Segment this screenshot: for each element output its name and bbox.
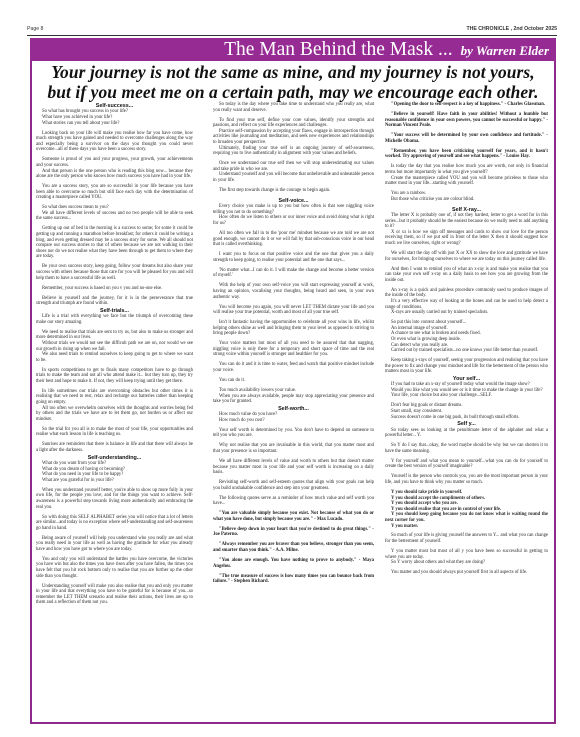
paragraph: We will start the day off with just X or… (385, 251, 548, 262)
article-banner: The Man Behind the Mask ... by Warren El… (30, 38, 556, 61)
paragraph: We need to realise that trials are sent … (36, 330, 193, 341)
article-body: Self-success... So what has brought you … (36, 102, 550, 720)
paragraph: Keep taking x-rays of yourself, seeing y… (385, 358, 548, 375)
article-subtitle: Your journey is not the same as mine, an… (34, 62, 552, 102)
paragraph: I want you to focus on that positive voi… (213, 252, 374, 263)
paragraph: Y you matter most but most of all y you … (385, 549, 548, 560)
paragraph: Being aware of yourself will help you un… (36, 536, 193, 553)
paragraph: So much of your life is giving yourself … (385, 533, 548, 544)
paragraph: 'No matter what...I can do it. I will ma… (213, 268, 374, 279)
subtitle-line-2: but if you meet me on a certain path, ma… (34, 82, 552, 102)
paragraph: X-rays are usually carried out by traine… (385, 310, 548, 316)
column-title: The Man Behind the Mask ... (224, 39, 453, 60)
paragraph: To find your true self, define your core… (213, 118, 374, 129)
paragraph: The following quotes serve as a reminder… (213, 496, 374, 507)
paragraph: All too often we overwhelm ourselves wit… (36, 406, 193, 423)
masthead-date: THE CHRONICLE , 2nd October 2025 (466, 26, 557, 32)
paragraph: Every choice you make is up to you but h… (213, 204, 374, 215)
paragraph: You can do it and it is time to water, f… (213, 362, 374, 373)
paragraph: All too often we fall in to the 'poor me… (213, 231, 374, 248)
paragraph: Your self worth is determined by you. Yo… (213, 428, 374, 439)
paragraph: Life is a trial with everything we face … (36, 314, 193, 325)
paragraph: You matter and you should always put you… (385, 570, 548, 576)
paragraph: Success doesn't come in one big push, it… (385, 415, 548, 421)
paragraph: Believe in yourself and the journey, for… (36, 296, 193, 307)
paragraph: The letter X is probably one of, if not … (385, 213, 548, 230)
paragraph: In life sometimes our trials are overcom… (36, 389, 193, 406)
paragraph: We all have different levels of success … (36, 211, 193, 222)
paragraph: With the help of your own self-voice you… (213, 283, 374, 300)
quote: "The true measure of success is how many… (213, 574, 374, 585)
paragraph: You will become you again, you will neve… (213, 305, 374, 316)
paragraph: So Y worry about others and what they ar… (385, 560, 548, 566)
quote: "Believe in yourself! Have faith in your… (385, 112, 548, 129)
paragraph: Be your own success story, keep going, f… (36, 264, 193, 281)
paragraph: And then I want to remind you of what an… (385, 267, 548, 284)
quote: "Remember, you have been criticizing you… (385, 149, 548, 160)
paragraph: We all have different levels of value an… (213, 459, 374, 476)
paragraph: Practice self-compassion by accepting yo… (213, 129, 374, 146)
page-header-bar: Page 8 THE CHRONICLE , 2nd October 2025 (27, 26, 557, 36)
paragraph: And that person is the one person who is… (36, 169, 193, 180)
paragraph: So Y do I say that...okay, the word mayb… (385, 443, 548, 454)
paragraph: Isn't it fantastic having the opportunit… (213, 320, 374, 337)
paragraph: X or xx is how we sign off messages and … (385, 230, 548, 247)
quote: "Always remember you are braver than you… (213, 542, 374, 553)
paragraph: Understanding yourself will make you als… (36, 584, 193, 606)
paragraph: When you are always available, people ma… (213, 394, 374, 405)
paragraph: You can do it. (213, 378, 374, 384)
paragraph: Remember, your success is based on you v… (36, 286, 193, 292)
bold-line: Y you should keep going because you do n… (385, 512, 548, 523)
column-3: "Opening the door to self-respect is a k… (385, 102, 548, 580)
paragraph: It's a very effective way of looking at … (385, 299, 548, 310)
paragraph: Revisiting self-worth and self-esteem qu… (213, 480, 374, 491)
paragraph: What are you grateful for in your life? (36, 478, 193, 484)
paragraph: Create the masterpiece called YOU and yo… (385, 176, 548, 187)
paragraph: We also need trials to remind ourselves … (36, 352, 193, 363)
paragraph: You are a success story, you are so succ… (36, 184, 193, 201)
paragraph: An x-ray is a quick and painless procedu… (385, 288, 548, 299)
paragraph: When you understand yourself better, you… (36, 488, 193, 510)
paragraph: Ultimately, finding your true self is an… (213, 146, 374, 157)
subtitle-line-1: Your journey is not the same as mine, an… (34, 62, 552, 82)
paragraph: How much do you cost? (213, 418, 374, 424)
paragraph: Why not realise that you are invaluable … (213, 443, 374, 454)
quote: "Believe deep down in your heart that yo… (213, 527, 374, 538)
paragraph: Yourself is the person who controls you,… (385, 474, 548, 485)
bold-line: Y you matter. (385, 524, 548, 530)
quote: "Your success will be determined by your… (385, 133, 548, 144)
paragraph: Getting up out of bed in the morning is … (36, 226, 193, 260)
paragraph: So the trial for you all is to make the … (36, 427, 193, 438)
paragraph: But those who criticise you are colour b… (385, 197, 548, 203)
paragraph: Your voice matters but most of all you n… (213, 341, 374, 358)
paragraph: Understand yourself and you will become … (213, 172, 374, 183)
page-number: Page 8 (27, 26, 43, 32)
paragraph: Once we understand our true self then we… (213, 161, 374, 172)
quote: "You alone are enough. You have nothing … (213, 558, 374, 569)
paragraph: You and only you will understand the bat… (36, 557, 193, 579)
paragraph: So today sees us looking at the penultim… (385, 428, 548, 439)
paragraph: What stories can you tell about your lif… (36, 121, 193, 127)
paragraph: Your life, your choice but also your cha… (385, 393, 548, 399)
author-byline: by Warren Elder (461, 43, 549, 58)
quote: "You are valuable simply because you exi… (213, 511, 374, 522)
paragraph: The first step towards change is the cou… (213, 188, 374, 194)
paragraph: Someone is proud of you and your progres… (36, 157, 193, 168)
quote: "Opening the door to self-respect is a k… (385, 102, 548, 108)
paragraph: Is today the day that you realise how mu… (385, 164, 548, 175)
column-1: Self-success... So what has brought you … (36, 102, 193, 610)
paragraph: Carried out by trained specialists...no … (385, 348, 548, 354)
paragraph: In sports competitions to get to finals … (36, 368, 193, 385)
paragraph: Looking back on your life will make you … (36, 131, 193, 153)
paragraph: Y for yourself and what you mean to your… (385, 459, 548, 470)
paragraph: So today is the day where you take time … (213, 102, 374, 113)
paragraph: So with doing this SELF ALPHABET series … (36, 515, 193, 532)
paragraph: Without trials we would not see the diff… (36, 341, 193, 352)
paragraph: Sunrises are reminders that there is bal… (36, 442, 193, 453)
column-2: So today is the day where you take time … (213, 102, 374, 589)
paragraph: How often do we listen to others or our … (213, 215, 374, 226)
